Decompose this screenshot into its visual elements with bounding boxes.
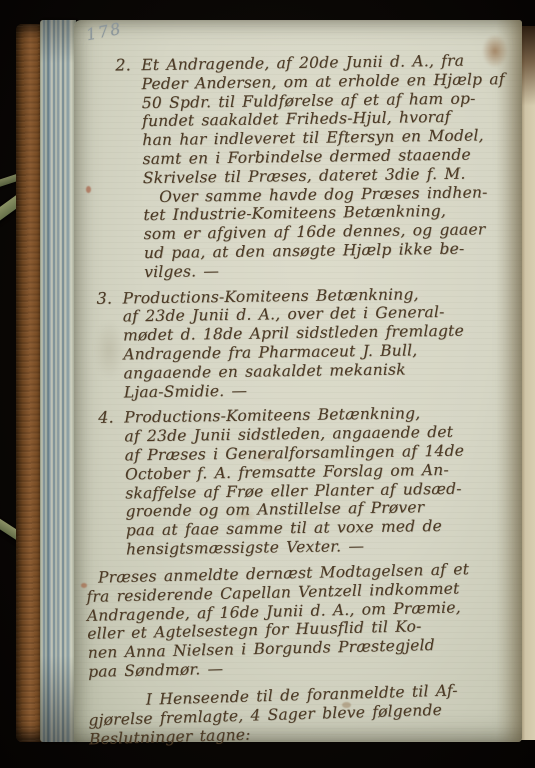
page-edge-stack xyxy=(40,20,76,742)
paragraph-number: 4. xyxy=(98,409,124,428)
paragraph-lines: I Henseende til de foranmeldte til Af- g… xyxy=(88,679,521,748)
manuscript-page: 178 2. Et Andragende, af 20de Junii d. A… xyxy=(74,20,522,742)
book-spine xyxy=(16,24,42,742)
page-number: 178 xyxy=(85,19,125,45)
paragraph-lines: Et Andragende, af 20de Junii d. A., fra … xyxy=(141,51,514,282)
paragraph-number: 2. xyxy=(115,56,141,75)
paragraph: 3. Productions-Komiteens Betænkning, af … xyxy=(82,284,516,403)
paragraph: 4. Productions-Komiteens Betænkning, af … xyxy=(84,403,518,559)
paragraph-number: 3. xyxy=(96,289,122,308)
paragraph-lines: Productions-Komiteens Betænkning, af 23d… xyxy=(124,403,518,559)
paragraph: I Henseende til de foranmeldte til Af- g… xyxy=(88,679,521,748)
book-photo: 178 2. Et Andragende, af 20de Junii d. A… xyxy=(0,0,535,768)
paragraph-lines: Præses anmeldte dernæst Modtagelsen af e… xyxy=(86,559,520,682)
underlying-page-edge xyxy=(520,26,535,740)
paragraph: 2. Et Andragende, af 20de Junii d. A., f… xyxy=(79,51,514,283)
manuscript-text: 2. Et Andragende, af 20de Junii d. A., f… xyxy=(79,51,521,752)
paragraph: Præses anmeldte dernæst Modtagelsen af e… xyxy=(86,559,520,682)
paragraph-lines: Productions-Komiteens Betænkning, af 23d… xyxy=(122,284,516,402)
